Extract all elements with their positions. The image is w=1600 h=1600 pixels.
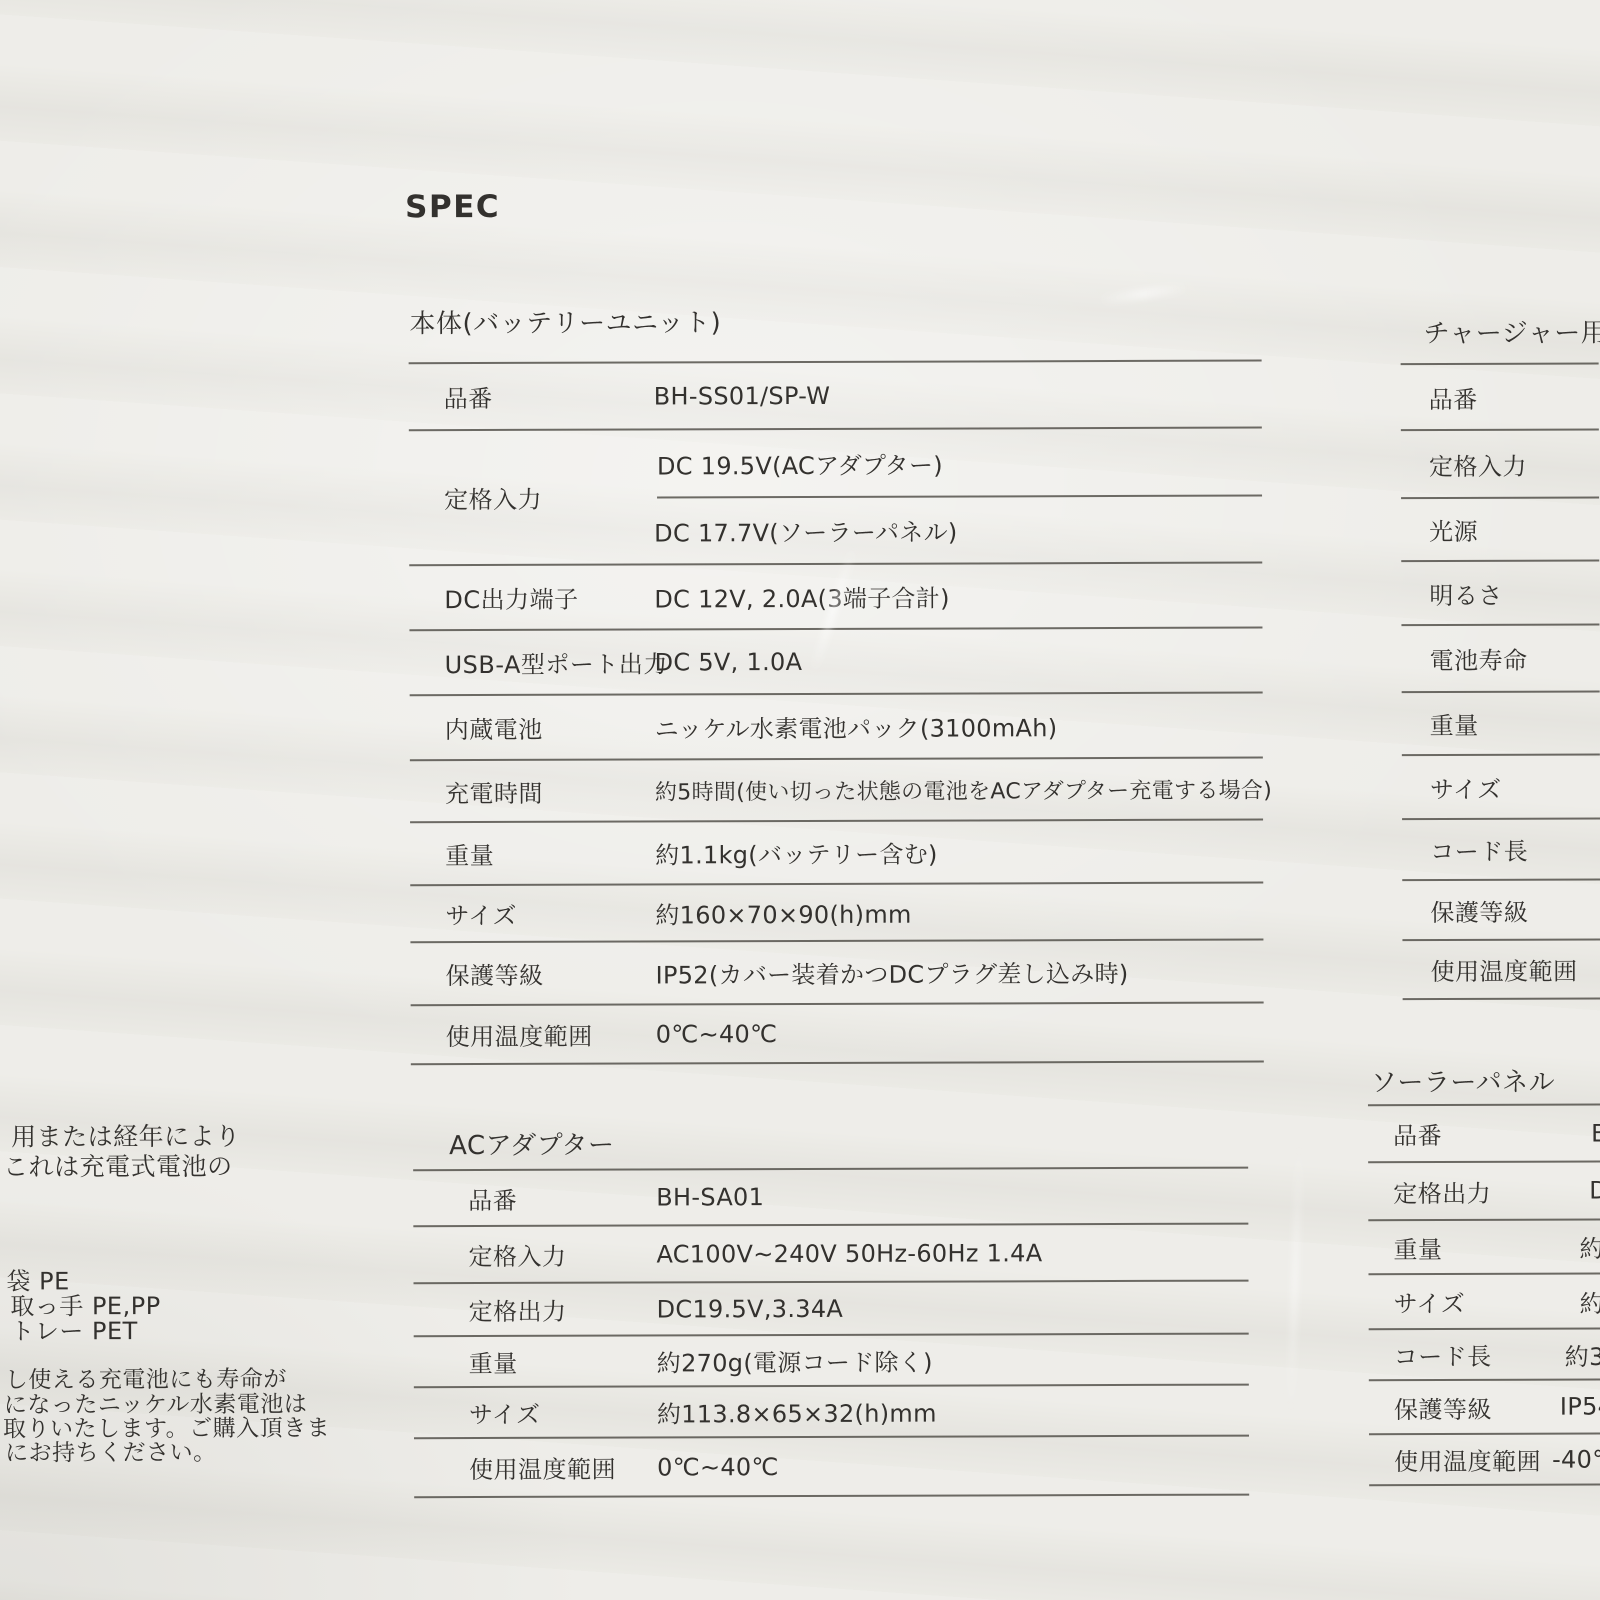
row-value: 約160×70×90(h)mm (655, 895, 911, 931)
left-fragment-line: これは充電式電池の (3, 1147, 233, 1184)
row-value: ニッケル水素電池パック(3100mAh) (655, 708, 1058, 744)
row-label: コード長 (1394, 1337, 1492, 1372)
row-value: DC 19.5V(ACアダプター) (657, 445, 943, 481)
row-value: DC (1589, 1176, 1600, 1204)
table-row: 定格入力 AC100V~240V 50Hz-60Hz 1.4A (413, 1225, 1248, 1285)
paper-crease (1287, 1148, 1302, 1408)
row-subvalues: DC 19.5V(ACアダプター) DC 17.7V(ソーラーパネル) (654, 429, 1262, 564)
row-label: 定格出力 (469, 1291, 657, 1327)
table-row: 使用温度範囲 0℃~40℃ (411, 1004, 1264, 1066)
table-row: 定格入力 (1401, 430, 1599, 499)
table-row: 重量 約1 (1368, 1220, 1600, 1275)
row-label: サイズ (469, 1394, 657, 1430)
row-label: サイズ (1430, 769, 1502, 804)
row-label: 保護等級 (1394, 1389, 1492, 1424)
table-row: 定格入力 DC 19.5V(ACアダプター) DC 17.7V(ソーラーパネル) (409, 429, 1262, 567)
row-label: 重量 (1430, 706, 1479, 741)
table-row: 使用温度範囲 0℃~40℃ (414, 1437, 1249, 1499)
table-row: 品番 B (1368, 1105, 1600, 1163)
spec-heading: SPEC (405, 189, 500, 225)
row-value: IP54 (1560, 1392, 1600, 1420)
main-unit-table: 品番 BH-SS01/SP-W 定格入力 DC 19.5V(ACアダプター) D… (409, 360, 1264, 1066)
row-label: 品番 (1393, 1116, 1442, 1151)
table-row: 定格出力 DC (1368, 1162, 1600, 1221)
row-label: 内蔵電池 (445, 709, 655, 745)
row-value: -40℃ (1552, 1445, 1600, 1473)
table-row: サイズ (1402, 755, 1600, 820)
table-row: 品番 BH-SA01 (413, 1169, 1248, 1228)
table-row: サイズ 約160×70×90(h)mm (410, 884, 1263, 944)
row-value: DC19.5V,3.34A (657, 1294, 844, 1323)
row-label: コード長 (1430, 832, 1528, 867)
table-row: コード長 (1402, 819, 1600, 881)
spec-sheet-photo: SPEC 本体(バッテリーユニット) 品番 BH-SS01/SP-W 定格入力 … (0, 0, 1600, 1600)
row-value: DC 17.7V(ソーラーパネル) (654, 513, 957, 549)
row-label: DC出力端子 (444, 579, 654, 615)
row-value: 約5時間(使い切った状態の電池をACアダプター充電する場合) (655, 773, 1272, 806)
row-label: 充電時間 (445, 773, 655, 809)
row-label: 保護等級 (1430, 892, 1528, 927)
row-value: 約3m (1565, 1336, 1600, 1371)
table-row: 重量 約270g(電源コード除く) (414, 1335, 1249, 1389)
table-row: 定格出力 DC19.5V,3.34A (414, 1282, 1249, 1338)
row-value: 約3 (1580, 1283, 1600, 1318)
table-row: 使用温度範囲 -40℃ (1369, 1434, 1600, 1486)
row-label: USB-A型ポート出力 (445, 644, 655, 680)
paper-crease (1098, 283, 1189, 306)
row-label: 定格出力 (1393, 1173, 1491, 1208)
left-fragment-line: : トレー PET (0, 1311, 138, 1346)
table-row: 光源 (1401, 498, 1599, 562)
row-label: 定格入力 (468, 1236, 656, 1272)
row-value: 約113.8×65×32(h)mm (657, 1394, 937, 1430)
row-label: 品番 (468, 1180, 656, 1216)
row-value: 0℃~40℃ (657, 1453, 779, 1481)
table-row: 保護等級 IP54 (1369, 1380, 1600, 1435)
row-value: 約270g(電源コード除く) (657, 1343, 933, 1379)
row-label: 使用温度範囲 (1430, 952, 1577, 987)
row-value: 0℃~40℃ (656, 1020, 778, 1048)
table-row: 保護等級 IP52(カバー装着かつDCプラグ差し込み時) (410, 941, 1263, 1007)
solar-panel-table: 品番 B 定格出力 DC 重量 約1 サイズ 約3 コード長 約3m 保護等級 … (1368, 1103, 1600, 1486)
table-row: 電池寿命 (1401, 625, 1599, 693)
table-row: 明るさ (1401, 561, 1599, 626)
row-label: 品番 (444, 378, 654, 414)
row-label: 使用温度範囲 (1394, 1442, 1541, 1477)
table-row: 重量 (1402, 692, 1600, 756)
row-label: サイズ (1394, 1284, 1466, 1319)
row-value: BH-SA01 (656, 1183, 764, 1211)
charger-light-section-title: チャージャー用LE (1423, 312, 1600, 350)
row-label: 光源 (1429, 512, 1478, 547)
row-value: 約1.1kg(バッテリー含む) (655, 835, 938, 871)
solar-panel-section-title: ソーラーパネル (1371, 1062, 1555, 1100)
row-label: 電池寿命 (1430, 641, 1528, 676)
row-label: サイズ (445, 895, 655, 931)
row-label: 明るさ (1429, 575, 1503, 610)
row-subvalue-divider: DC 19.5V(ACアダプター) (657, 429, 1262, 499)
row-label: 使用温度範囲 (446, 1016, 656, 1052)
row-label: 重量 (1393, 1229, 1442, 1264)
row-value: 約1 (1579, 1229, 1600, 1264)
row-value: B (1591, 1119, 1600, 1147)
table-row: 内蔵電池 ニッケル水素電池パック(3100mAh) (410, 694, 1263, 762)
table-row: 充電時間 約5時間(使い切った状態の電池をACアダプター充電する場合) (410, 759, 1263, 824)
table-row: 重量 約1.1kg(バッテリー含む) (410, 821, 1263, 887)
table-row: サイズ 約3 (1368, 1274, 1600, 1330)
table-row: 品番 BH-SS01/SP-W (409, 362, 1262, 432)
row-value: AC100V~240V 50Hz-60Hz 1.4A (656, 1239, 1042, 1268)
row-subvalue: DC 17.7V(ソーラーパネル) (654, 497, 1262, 564)
table-row: DC出力端子 DC 12V, 2.0A(3端子合計) (409, 564, 1262, 632)
row-label: 品番 (1429, 379, 1478, 414)
table-row: USB-A型ポート出力 DC 5V, 1.0A (409, 629, 1262, 697)
row-value: DC 12V, 2.0A(3端子合計) (654, 579, 949, 615)
left-fragment-line: にお持ちください。 (5, 1434, 217, 1468)
paper-sheet: SPEC 本体(バッテリーユニット) 品番 BH-SS01/SP-W 定格入力 … (0, 0, 1600, 1600)
row-label: 重量 (469, 1343, 657, 1379)
table-row: サイズ 約113.8×65×32(h)mm (414, 1386, 1249, 1440)
ac-adapter-section-title: ACアダプター (449, 1125, 614, 1163)
row-value: IP52(カバー装着かつDCプラグ差し込み時) (655, 954, 1128, 990)
ac-adapter-table: 品番 BH-SA01 定格入力 AC100V~240V 50Hz-60Hz 1.… (413, 1167, 1249, 1499)
row-label: 使用温度範囲 (469, 1449, 657, 1485)
table-row: 保護等級 (1402, 880, 1600, 941)
row-label: 定格入力 (1429, 446, 1527, 481)
table-row: 使用温度範囲 (1402, 940, 1600, 1000)
row-label: 保護等級 (445, 955, 655, 991)
table-row: 品番 (1401, 364, 1599, 431)
row-value: BH-SS01/SP-W (654, 381, 831, 410)
main-unit-section-title: 本体(バッテリーユニット) (409, 302, 721, 340)
charger-light-table: 品番 定格入力 光源 明るさ 電池寿命 重量 サイズ コード長 (1401, 362, 1600, 1000)
row-label: 重量 (445, 835, 655, 871)
row-value: DC 5V, 1.0A (655, 647, 803, 675)
row-label: 定格入力 (444, 430, 654, 564)
table-row: コード長 約3m (1369, 1329, 1600, 1381)
